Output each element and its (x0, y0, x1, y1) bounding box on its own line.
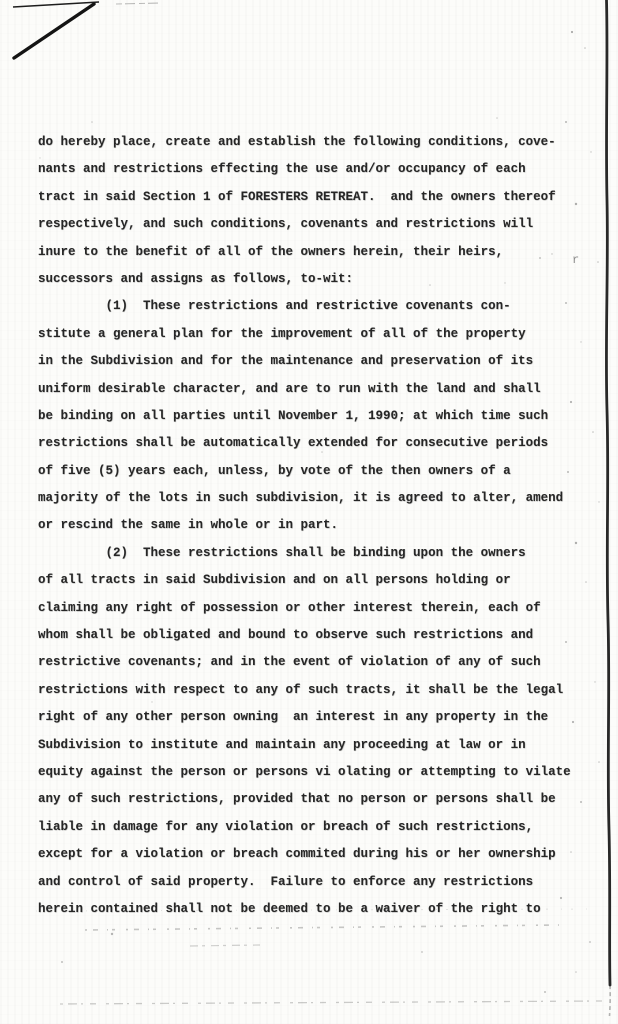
text-line: (1) These restrictions and restrictive c… (38, 293, 582, 320)
scan-mark-top-line-faint (116, 3, 162, 4)
text-line: Subdivision to institute and maintain an… (38, 732, 582, 759)
text-line: uniform desirable character, and are to … (38, 376, 582, 403)
text-line: herein contained shall not be deemed to … (38, 896, 582, 923)
text-line: of all tracts in said Subdivision and on… (38, 567, 582, 594)
text-line: and control of said property. Failure to… (38, 869, 582, 896)
text-line: any of such restrictions, provided that … (38, 786, 582, 813)
text-line: whom shall be obligated and bound to obs… (38, 622, 582, 649)
text-line: be binding on all parties until November… (38, 403, 582, 430)
text-line: restrictions shall be automatically exte… (38, 430, 582, 457)
text-line: tract in said Section 1 of FORESTERS RET… (38, 184, 582, 211)
text-line: restrictions with respect to any of such… (38, 677, 582, 704)
text-line: stitute a general plan for the improveme… (38, 321, 582, 348)
smudge-row-under-text-2 (190, 945, 260, 946)
text-line: claiming any right of possession or othe… (38, 595, 582, 622)
text-line: respectively, and such conditions, coven… (38, 211, 582, 238)
scan-mark-diagonal (14, 4, 94, 58)
scanned-document-page: r (0, 0, 618, 1024)
scan-mark-right-edge-fade (610, 985, 611, 1016)
text-line: restrictive covenants; and in the event … (38, 649, 582, 676)
text-line: or rescind the same in whole or in part. (38, 512, 582, 539)
text-line: successors and assigns as follows, to-wi… (38, 266, 582, 293)
text-line: nants and restrictions effecting the use… (38, 156, 582, 183)
scan-mark-top-line (13, 2, 99, 7)
scan-mark-right-edge (606, 0, 610, 985)
text-line: of five (5) years each, unless, by vote … (38, 458, 582, 485)
document-body: do hereby place, create and establish th… (38, 129, 582, 923)
text-line: liable in damage for any violation or br… (38, 814, 582, 841)
text-line: inure to the benefit of all of the owner… (38, 239, 582, 266)
text-line: except for a violation or breach commite… (38, 841, 582, 868)
text-line: (2) These restrictions shall be binding … (38, 540, 582, 567)
text-line: majority of the lots in such subdivision… (38, 485, 582, 512)
text-line: equity against the person or persons vi … (38, 759, 582, 786)
text-line: right of any other person owning an inte… (38, 704, 582, 731)
text-line: in the Subdivision and for the maintenan… (38, 348, 582, 375)
text-line: do hereby place, create and establish th… (38, 129, 582, 156)
smudge-bottom-rule (60, 1001, 602, 1004)
smudge-row-under-text (85, 925, 560, 930)
